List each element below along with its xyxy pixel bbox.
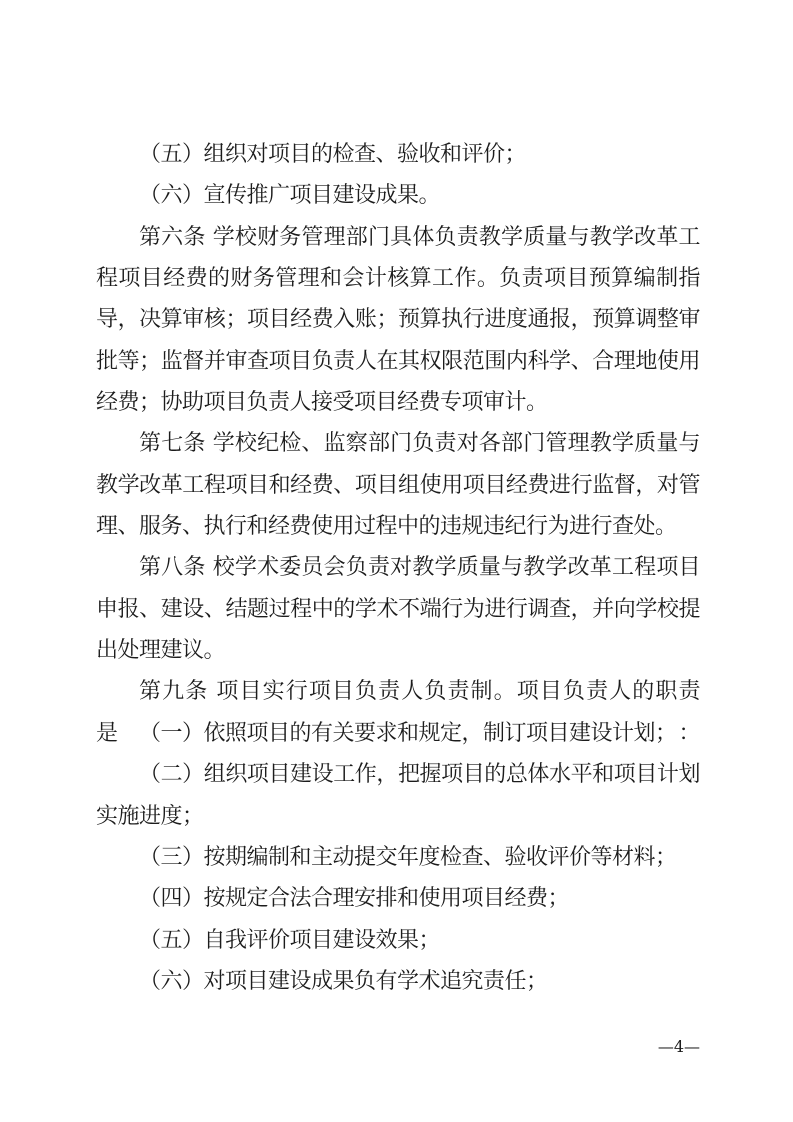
text-line: （三）按期编制和主动提交年度检查、验收评价等材料； [96,837,700,878]
text-line: 经费；协助项目负责人接受项目经费专项审计。 [96,382,700,423]
text-line: 教学改革工程项目和经费、项目组使用项目经费进行监督，对管 [96,465,700,506]
text-line: 第九条 项目实行项目负责人负责制。项目负责人的职责是： [96,671,700,712]
text-line: 申报、建设、结题过程中的学术不端行为进行调查，并向学校提 [96,589,700,630]
text-line: （二）组织项目建设工作，把握项目的总体水平和项目计划 [96,754,700,795]
text-line: 第六条 学校财务管理部门具体负责教学质量与教学改革工 [96,217,700,258]
text-line: 第八条 校学术委员会负责对教学质量与教学改革工程项目 [96,547,700,588]
text-line: （五）自我评价项目建设效果； [96,920,700,961]
text-line: 第七条 学校纪检、监察部门负责对各部门管理教学质量与 [96,423,700,464]
text-line: 批等；监督并审查项目负责人在其权限范围内科学、合理地使用 [96,341,700,382]
text-line: （四）按规定合法合理安排和使用项目经费； [96,878,700,919]
text-line: （六）宣传推广项目建设成果。 [96,175,700,216]
text-line: 理、服务、执行和经费使用过程中的违规违纪行为进行查处。 [96,506,700,547]
text-line: 导，决算审核；项目经费入账；预算执行进度通报，预算调整审 [96,299,700,340]
text-line: 程项目经费的财务管理和会计核算工作。负责项目预算编制指 [96,258,700,299]
page-number: —4— [658,1035,700,1059]
text-line: 实施进度； [96,796,700,837]
text-line: （一）依照项目的有关要求和规定，制订项目建设计划； [96,713,700,754]
text-block: （五）组织对项目的检查、验收和评价；（六）宣传推广项目建设成果。第六条 学校财务… [96,134,700,1002]
text-line: （五）组织对项目的检查、验收和评价； [96,134,700,175]
document-page: （五）组织对项目的检查、验收和评价；（六）宣传推广项目建设成果。第六条 学校财务… [0,0,793,1122]
text-line: 出处理建议。 [96,630,700,671]
text-line: （六）对项目建设成果负有学术追究责任； [96,961,700,1002]
